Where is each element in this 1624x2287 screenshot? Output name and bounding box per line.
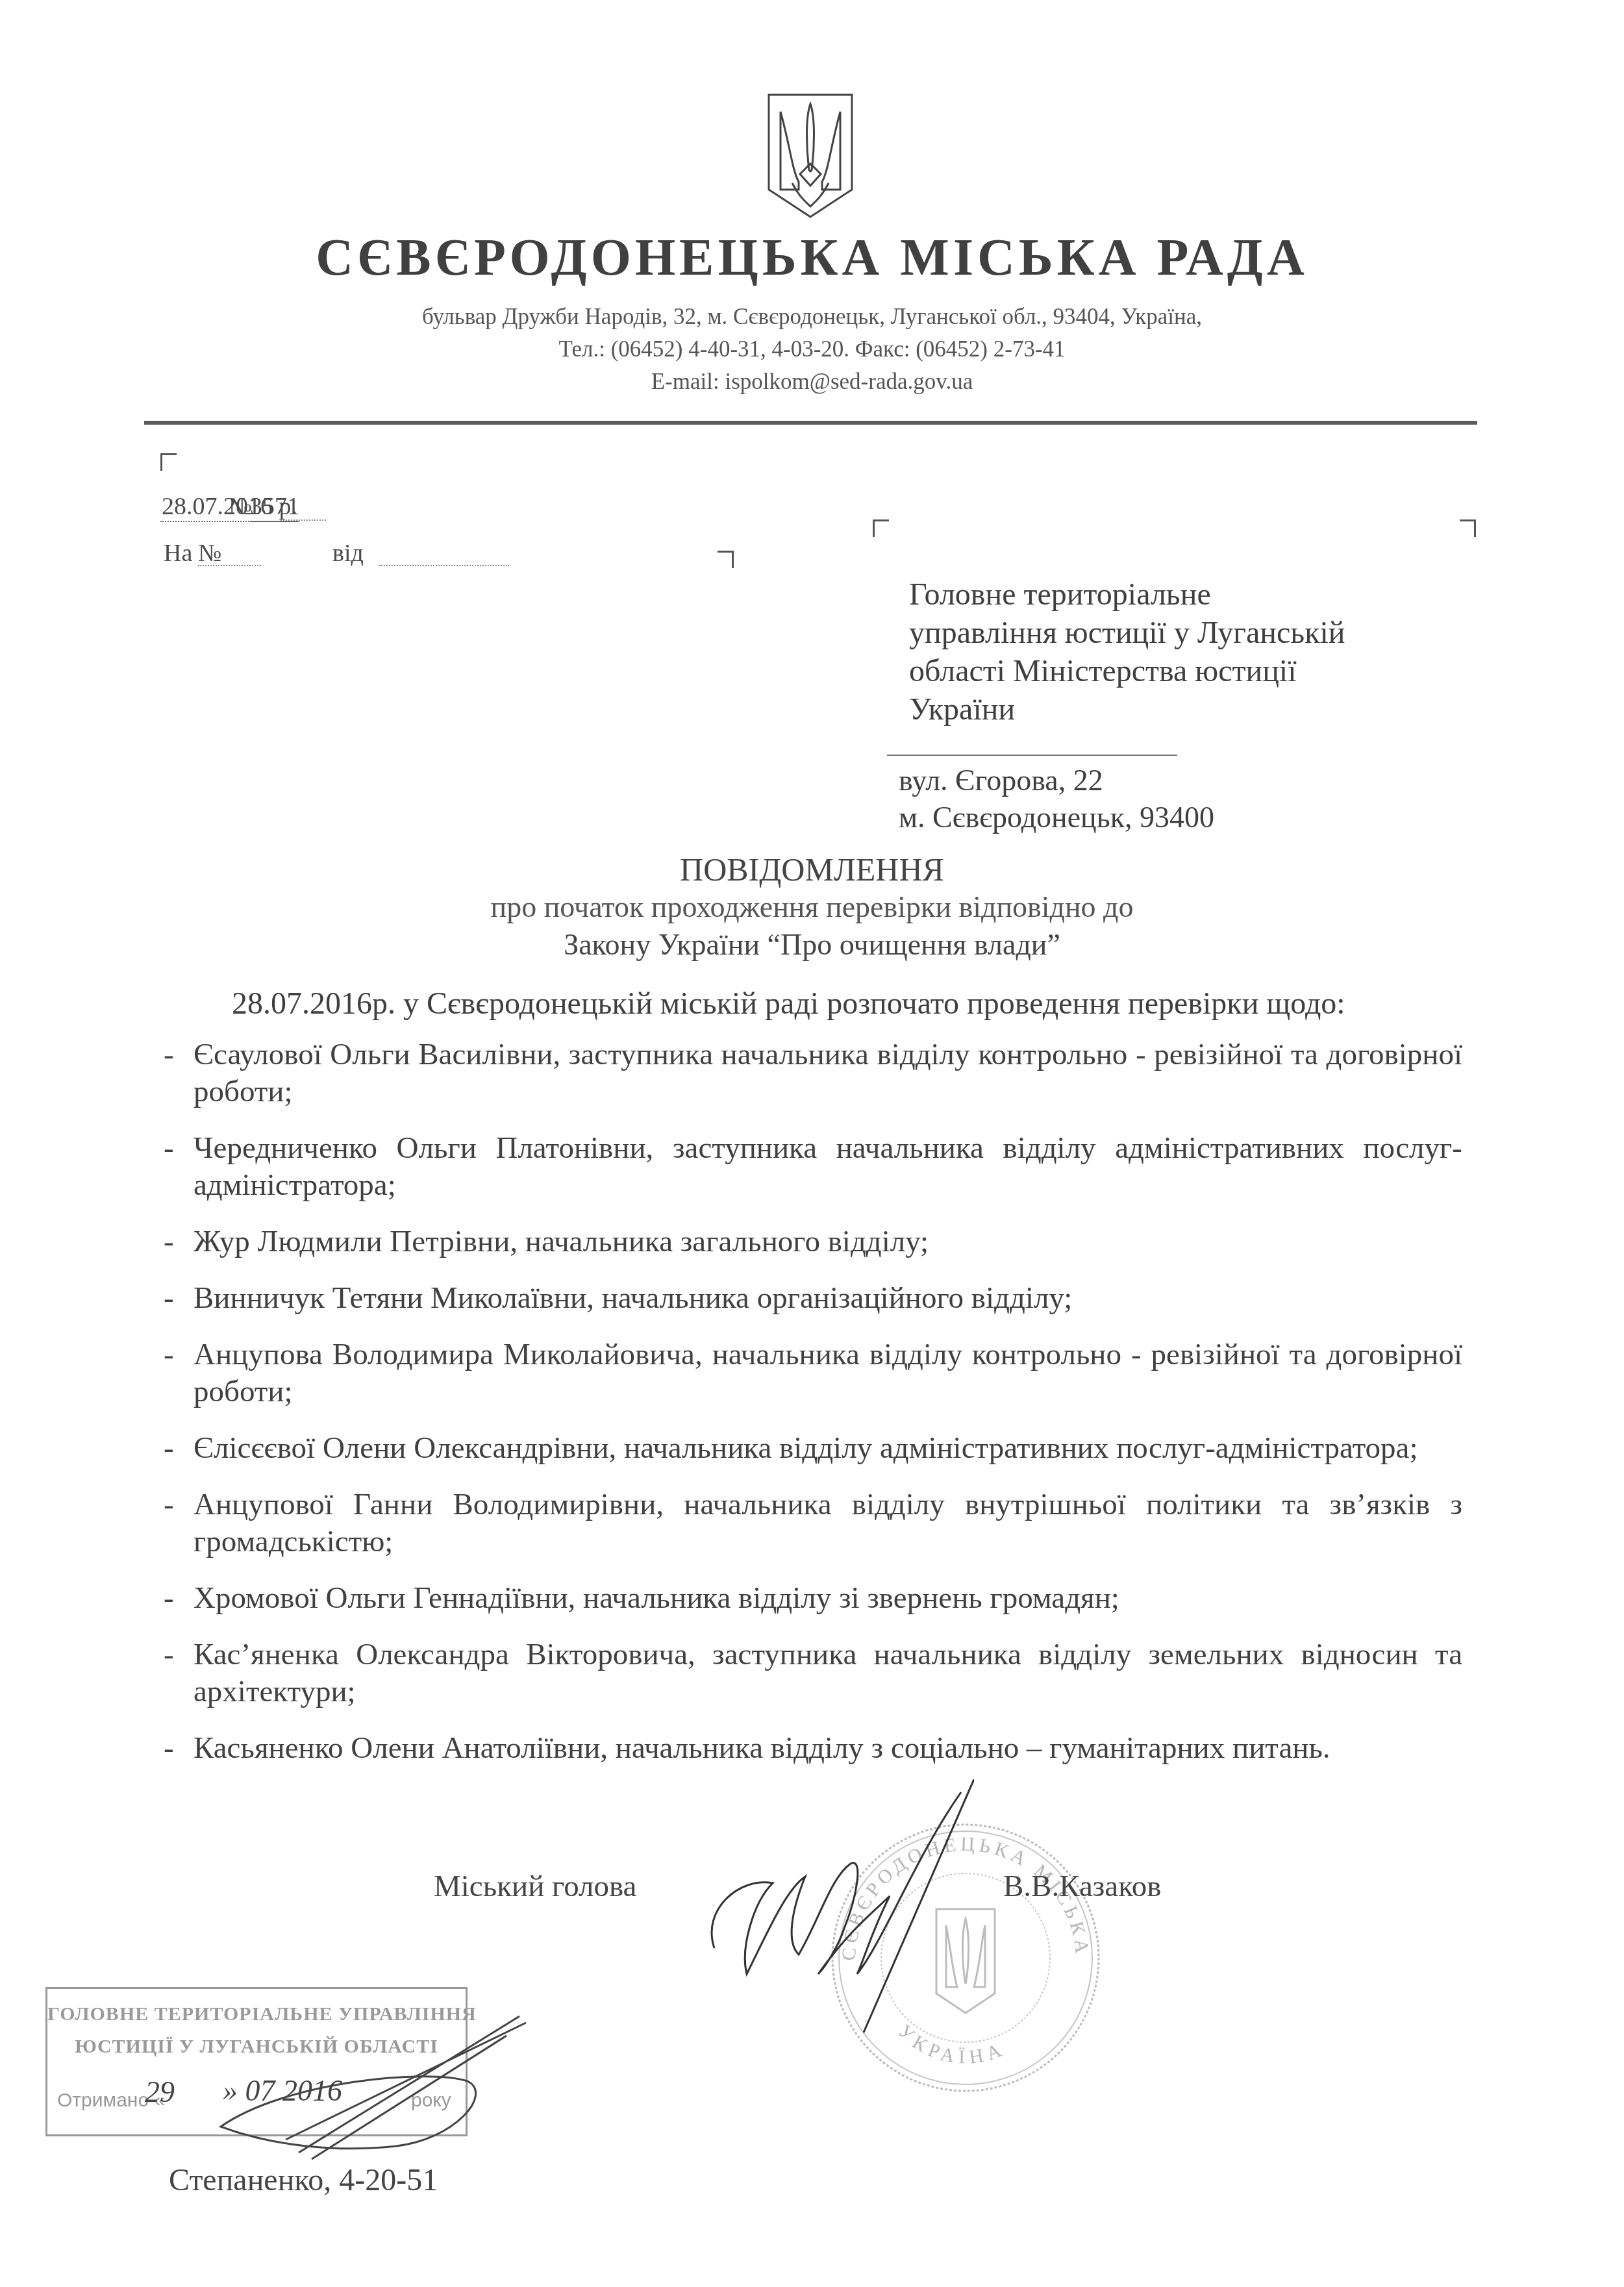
person-list-item: -Чередниченко Ольги Платонівни, заступни…: [164, 1130, 1462, 1204]
organization-email: E-mail: ispolkom@sed-rada.gov.ua: [0, 369, 1624, 395]
organization-title: СЄВЄРОДОНЕЦЬКА МІСЬКА РАДА: [0, 229, 1624, 288]
list-bullet: -: [164, 1730, 194, 1767]
corner-mark: [1460, 519, 1476, 537]
person-list-item: -Анцупова Володимира Миколайовича, начал…: [164, 1336, 1462, 1410]
reference-label: На: [164, 539, 192, 568]
notice-subtitle: про початок проходження перевірки відпов…: [0, 890, 1624, 924]
recipient-city: м. Сєвєродонецьк, 93400: [899, 800, 1214, 834]
reference-number-blank: [198, 565, 261, 566]
coat-of-arms-icon: [766, 92, 855, 219]
person-list-item: -Кас’яненка Олександра Вікторовича, заст…: [164, 1636, 1462, 1710]
list-bullet: -: [164, 1580, 194, 1617]
reference-from-label: від: [332, 539, 364, 568]
notice-subtitle: Закону України “Про очищення влади”: [0, 927, 1624, 962]
corner-mark: [160, 453, 177, 471]
notice-title: ПОВІДОМЛЕННЯ: [0, 851, 1624, 888]
list-bullet: -: [164, 1280, 194, 1317]
number-underline: [281, 519, 326, 521]
list-bullet: -: [164, 1130, 194, 1204]
list-bullet: -: [164, 1036, 194, 1110]
executor-contact: Степаненко, 4-20-51: [169, 2162, 438, 2198]
person-list-item: -Хромової Ольги Геннадіївни, начальника …: [164, 1580, 1462, 1617]
signatory-title: Міський голова: [434, 1869, 636, 1904]
recipient-line: Головне територіальне: [909, 577, 1211, 612]
person-list-item: -Винничук Тетяни Миколаївни, начальника …: [164, 1280, 1462, 1317]
person-entry: Анцупової Ганни Володимирівни, начальник…: [194, 1486, 1462, 1560]
header-divider: [144, 421, 1477, 425]
recipient-line: України: [909, 692, 1015, 727]
recipient-street: вул. Єгорова, 22: [899, 763, 1103, 797]
list-bullet: -: [164, 1486, 194, 1560]
person-entry: Кас’яненка Олександра Вікторовича, засту…: [194, 1636, 1462, 1710]
recipient-line: області Міністерства юстиції: [909, 653, 1297, 689]
reference-date-blank: [379, 565, 509, 566]
list-bullet: -: [164, 1636, 194, 1710]
reference-number-label: №: [198, 539, 221, 568]
organization-address: бульвар Дружби Народів, 32, м. Сєвєродон…: [0, 304, 1624, 330]
organization-phone-fax: Тел.: (06452) 4-40-31, 4-03-20. Факс: (0…: [0, 336, 1624, 362]
corner-mark: [718, 551, 734, 568]
person-entry: Чередниченко Ольги Платонівни, заступник…: [194, 1130, 1462, 1204]
list-bullet: -: [164, 1336, 194, 1410]
person-entry: Хромової Ольги Геннадіївни, начальника в…: [194, 1580, 1462, 1617]
handwritten-initials: [91, 2010, 532, 2166]
person-entry: Єлісєєвої Олени Олександрівни, начальник…: [194, 1430, 1462, 1467]
person-list-item: -Єлісєєвої Олени Олександрівни, начальни…: [164, 1430, 1462, 1467]
person-entry: Єсаулової Ольги Василівни, заступника на…: [194, 1036, 1462, 1110]
person-entry: Жур Людмили Петрівни, начальника загальн…: [194, 1223, 1462, 1260]
notice-intro: 28.07.2016р. у Сєвєродонецькій міській р…: [232, 986, 1345, 1021]
recipient-divider: [887, 755, 1177, 756]
person-list-item: -Жур Людмили Петрівни, начальника загаль…: [164, 1223, 1462, 1260]
signatory-name: В.В.Казаков: [1003, 1869, 1161, 1904]
recipient-line: управління юстиції у Луганській: [909, 615, 1345, 651]
list-bullet: -: [164, 1430, 194, 1467]
corner-mark: [873, 519, 889, 537]
person-list-item: -Касьяненко Олени Анатоліївни, начальник…: [164, 1730, 1462, 1767]
person-list-item: -Єсаулової Ольги Василівни, заступника н…: [164, 1036, 1462, 1110]
outgoing-number: 3571: [250, 492, 299, 522]
persons-list: -Єсаулової Ольги Василівни, заступника н…: [164, 1036, 1462, 1786]
person-entry: Анцупова Володимира Миколайовича, началь…: [194, 1336, 1462, 1410]
person-entry: Винничук Тетяни Миколаївни, начальника о…: [194, 1280, 1462, 1317]
person-entry: Касьяненко Олени Анатоліївни, начальника…: [194, 1730, 1462, 1767]
outgoing-number-label: №: [229, 492, 252, 521]
handwritten-signature: [701, 1779, 974, 2039]
person-list-item: -Анцупової Ганни Володимирівни, начальни…: [164, 1486, 1462, 1560]
list-bullet: -: [164, 1223, 194, 1260]
